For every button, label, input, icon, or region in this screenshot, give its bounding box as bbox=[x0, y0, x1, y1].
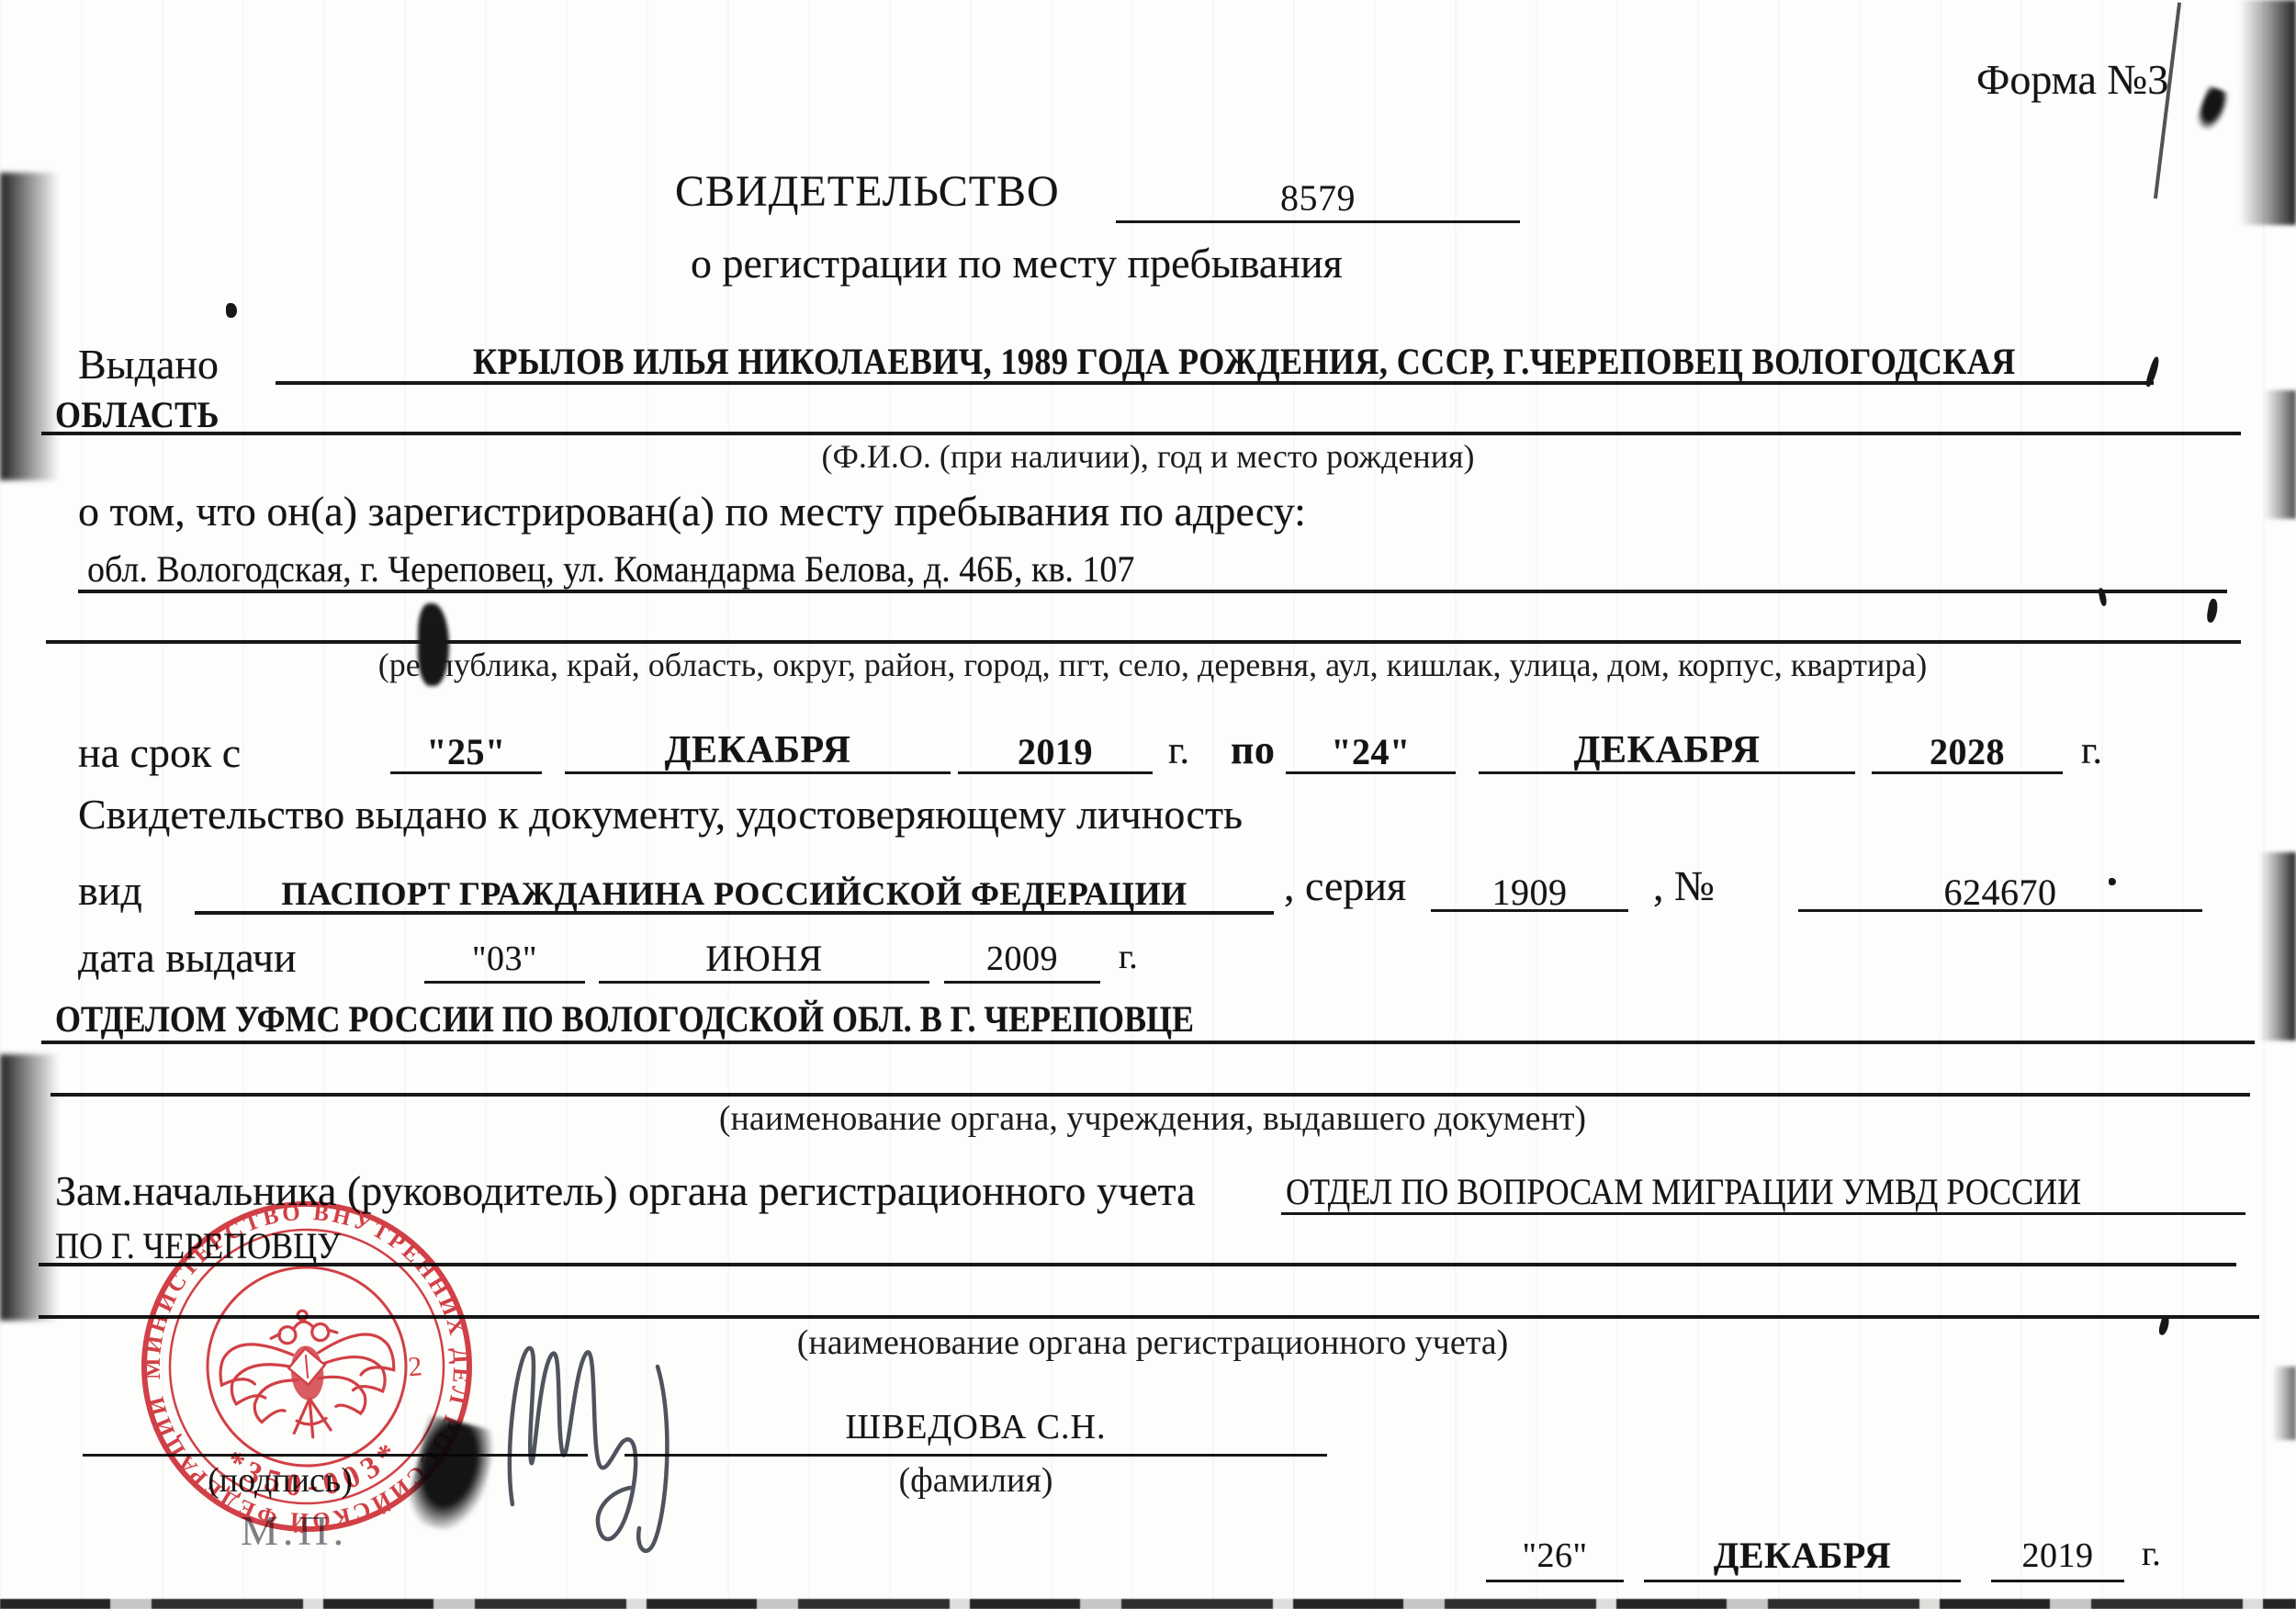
from-month: ДЕКАБРЯ bbox=[565, 728, 951, 772]
scan-streak-right-upper bbox=[2263, 390, 2296, 519]
name-caption: (фамилия) bbox=[625, 1462, 1327, 1501]
doc-issuer-underline-1 bbox=[41, 1003, 2255, 1044]
registrar-caption: (наименование органа регистрационного уч… bbox=[602, 1324, 1704, 1363]
official-name: ШВЕДОВА С.Н. bbox=[625, 1407, 1327, 1447]
registrar-org-line1: ОТДЕЛ ПО ВОПРОСАМ МИГРАЦИИ УМВД РОССИИ bbox=[1286, 1172, 2081, 1212]
issue-year: 2009 bbox=[944, 939, 1100, 979]
speck-1 bbox=[226, 303, 237, 318]
document-statement: Свидетельство выдано к документу, удосто… bbox=[78, 792, 1243, 838]
from-day: "25" bbox=[390, 730, 542, 773]
certificate-page: Форма №3 СВИДЕТЕЛЬСТВО 8579 о регистраци… bbox=[0, 0, 2296, 1609]
address-underline-2 bbox=[46, 602, 2241, 644]
issue-date-label: дата выдачи bbox=[78, 935, 297, 982]
to-month: ДЕКАБРЯ bbox=[1479, 728, 1855, 772]
bottom-day: "26" bbox=[1486, 1536, 1624, 1576]
stamp-side-digit: 2 bbox=[407, 1351, 423, 1382]
stamp-eagle-icon bbox=[216, 1303, 400, 1445]
certificate-title: СВИДЕТЕЛЬСТВО bbox=[675, 168, 1060, 217]
speck-7 bbox=[2109, 878, 2116, 885]
from-year-suffix: г. bbox=[1168, 730, 1189, 772]
issue-day: "03" bbox=[424, 939, 585, 979]
scan-streak-right-top bbox=[2239, 0, 2296, 225]
speck-5 bbox=[418, 603, 449, 686]
handwritten-signature bbox=[478, 1311, 726, 1564]
doc-issuer-caption: (наименование органа, учреждения, выдавш… bbox=[418, 1100, 1887, 1139]
scan-smudge-left-middle bbox=[0, 1054, 64, 1321]
scan-smudge-left-top bbox=[0, 173, 64, 480]
doc-number-value: 624670 bbox=[1798, 871, 2202, 914]
to-day: "24" bbox=[1286, 730, 1456, 773]
to-year: 2028 bbox=[1872, 730, 2063, 773]
period-to-label: по bbox=[1231, 728, 1275, 772]
issue-month: ИЮНЯ bbox=[599, 937, 929, 980]
doc-type-value: ПАСПОРТ ГРАЖДАНИНА РОССИЙСКОЙ ФЕДЕРАЦИИ bbox=[195, 874, 1274, 913]
fold-blot-artifact bbox=[2194, 85, 2231, 133]
address-underline-1 bbox=[78, 551, 2227, 593]
issued-name-line2-underline bbox=[41, 393, 2241, 435]
issued-name-line2: ОБЛАСТЬ bbox=[55, 395, 219, 435]
bottom-year: 2019 bbox=[1991, 1536, 2124, 1576]
doc-type-label: вид bbox=[78, 868, 142, 915]
from-year: 2019 bbox=[958, 730, 1153, 773]
to-year-suffix: г. bbox=[2081, 730, 2102, 772]
scan-streak-right-middle bbox=[2259, 852, 2296, 1041]
issue-year-suffix: г. bbox=[1119, 939, 1138, 977]
registration-statement: о том, что он(а) зарегистрирован(а) по м… bbox=[78, 489, 1306, 535]
period-from-label: на срок с bbox=[78, 730, 241, 777]
certificate-subtitle: о регистрации по месту пребывания bbox=[691, 241, 1343, 287]
scan-streak-right-lower bbox=[2272, 1367, 2296, 1440]
form-number-label: Форма №3 bbox=[1976, 57, 2168, 104]
doc-series-label: , серия bbox=[1284, 863, 1406, 910]
scan-bottom-bar bbox=[0, 1599, 2296, 1609]
doc-series-value: 1909 bbox=[1431, 871, 1628, 914]
address-caption: (республика, край, область, округ, район… bbox=[326, 647, 1979, 684]
issued-caption: (Ф.И.О. (при наличии), год и место рожде… bbox=[781, 439, 1515, 476]
doc-issuer-underline-2 bbox=[51, 1056, 2250, 1097]
issued-label: Выдано bbox=[78, 342, 219, 388]
bottom-month: ДЕКАБРЯ bbox=[1644, 1534, 1961, 1577]
certificate-number: 8579 bbox=[1116, 176, 1520, 219]
bottom-year-suffix: г. bbox=[2142, 1536, 2161, 1574]
issued-name-line1: КРЫЛОВ ИЛЬЯ НИКОЛАЕВИЧ, 1989 ГОДА РОЖДЕН… bbox=[473, 342, 2016, 382]
doc-number-label: , № bbox=[1653, 863, 1715, 910]
